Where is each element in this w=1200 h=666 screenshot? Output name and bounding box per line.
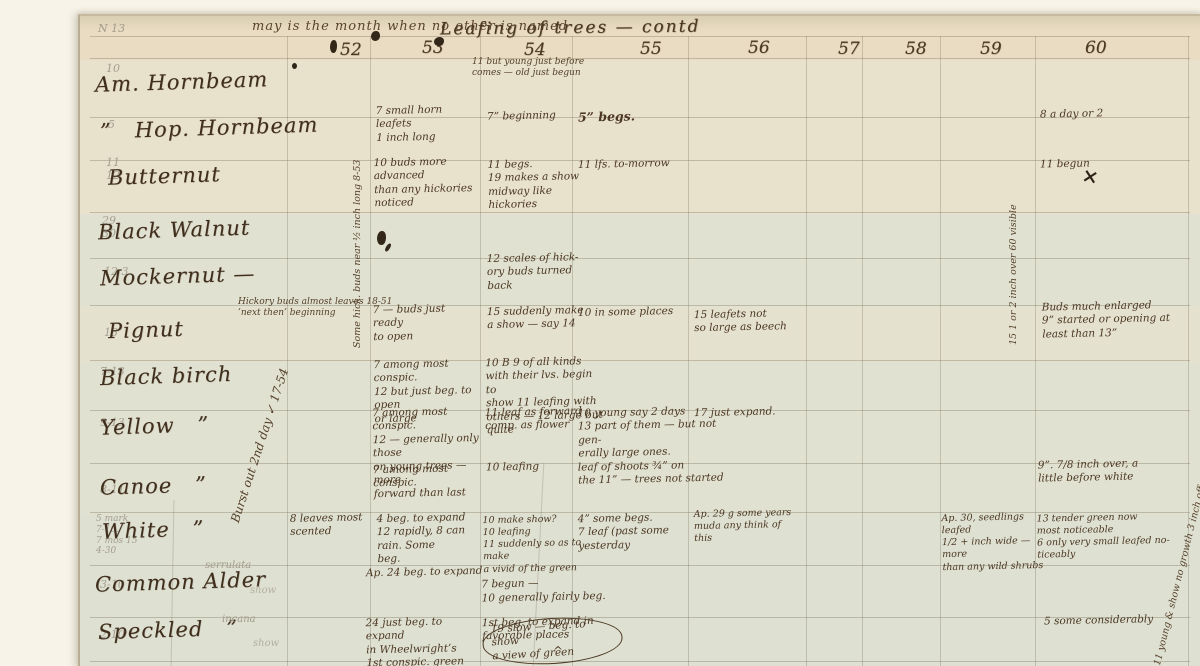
grid-line — [688, 36, 689, 666]
pencil-species-serrulata: serrulata — [205, 560, 251, 571]
hickory-note: Hickory buds almost leaves 18-51 ’next t… — [238, 297, 392, 320]
row-label-white-birch: White ” — [102, 518, 205, 542]
grid-line — [90, 212, 1190, 213]
cell-mockernut-54: 12 scales of hick- ory buds turned back — [487, 251, 588, 293]
page-title: Leafing of trees — contd — [440, 17, 701, 40]
cell-hop-54: 7” beginning — [487, 109, 556, 124]
cell-alder-54: 7 begun — 10 generally fairly beg. 19 sl… — [481, 563, 623, 666]
cell-canoebirch-54: 10 leafing — [486, 460, 539, 475]
cell-whitebirch-55: 4” some begs. 7 leaf (past some yesterda… — [578, 511, 693, 554]
grid-line — [1188, 36, 1189, 666]
cell-butternut-55: 11 lfs. to-morrow — [578, 157, 670, 172]
vertical-note-col60: 15 1 or 2 inch over 60 visible — [1008, 204, 1019, 345]
year-column-60: 60 — [1085, 38, 1107, 58]
ink-blot — [330, 40, 337, 53]
cell-pignut-53: 7 — buds just ready to open — [373, 302, 479, 345]
cell-canoebirch-60: 9”. 7/8 inch over, a little before white — [1038, 456, 1187, 486]
header-subnote: 11 but young just before comes — old jus… — [472, 57, 584, 80]
year-column-57: 57 — [838, 39, 860, 59]
cell-pignut-60: Buds much enlarged 9” started or opening… — [1042, 298, 1191, 341]
grid-line — [862, 36, 863, 666]
pencil-species-incana: incana — [222, 614, 256, 625]
caret-mark: ^ — [553, 644, 563, 658]
cell-hop-53: 7 small horn leafets 1 inch long — [376, 103, 477, 145]
ink-blot — [434, 37, 444, 46]
cell-yellowbirch-54: 11 leaf as forward comp. as flower — [485, 405, 586, 434]
cell-whitebirch-60: 13 tender green now most noticeable 6 on… — [1037, 510, 1193, 562]
cell-speckled-54: 1st beg. to expand in favorable places — [482, 615, 597, 644]
cell-alder-53: Ap. 24 beg. to expand — [366, 565, 484, 581]
cell-pignut-56: 15 leafets not so large as beech — [694, 307, 805, 336]
grid-line — [90, 258, 1190, 259]
grid-line — [90, 360, 1190, 361]
row-label-am-hornbeam: Am. Hornbeam — [95, 69, 269, 95]
cell-alder-54-line: 7 begun — 10 generally fairly beg. — [481, 576, 622, 606]
row-label-mockernut: Mockernut — — [100, 264, 256, 290]
ink-blot — [371, 31, 380, 41]
row-label-speckled-alder: Speckled ” — [98, 618, 239, 643]
year-column-52: 52 — [340, 40, 362, 60]
row-label-common-alder: Common Alder — [95, 569, 267, 595]
cell-hop-55: 5” begs. — [578, 108, 635, 125]
cell-speckled-53: 24 just beg. to expand in Wheelwright’s … — [365, 615, 484, 666]
ink-blot — [377, 231, 386, 245]
cell-butternut-53: 10 buds more advanced than any hickories… — [373, 155, 486, 211]
vertical-note-col53: Some hick. buds near ½ inch long 8-53 — [352, 160, 363, 348]
row-label-canoe-birch: Canoe ” — [100, 474, 208, 498]
cell-pignut-55: 10 in some places — [578, 305, 673, 320]
cell-whitebirch-53: 4 beg. to expand 12 rapidly, 8 can rain.… — [376, 511, 481, 567]
year-column-59: 59 — [980, 39, 1002, 59]
cell-canoebirch-55: leaf of shoots ¾” on the 11” — trees not… — [578, 458, 731, 488]
pencil-note-show: show — [250, 585, 276, 596]
year-column-58: 58 — [905, 39, 927, 59]
year-column-55: 55 — [640, 39, 662, 59]
cell-hop-60: 8 a day or 2 — [1040, 107, 1104, 122]
manuscript-page: N 13 may is the month when no other is n… — [0, 0, 1200, 666]
year-column-54: 54 — [524, 40, 546, 60]
page-number: N 13 — [98, 22, 125, 35]
ink-dot — [292, 63, 297, 69]
grid-line — [90, 661, 1190, 662]
grid-line — [940, 36, 941, 666]
pencil-note-show: show — [253, 638, 279, 649]
cell-canoebirch-53: 7 among most conspic. — [373, 462, 492, 491]
grid-line — [806, 36, 807, 666]
cell-pignut-54: 15 suddenly make a show — say 14 — [487, 304, 593, 333]
cell-whitebirch-52: 8 leaves most scented — [290, 511, 373, 540]
row-label-butternut: Butternut — [108, 164, 221, 189]
year-column-56: 56 — [748, 38, 770, 58]
row-label-yellow-birch: Yellow ” — [100, 414, 210, 438]
cell-whitebirch-56: Ap. 29 g some years muda any think of th… — [694, 507, 795, 546]
row-label-black-walnut: Black Walnut — [98, 218, 251, 244]
row-label-pignut: Pignut — [108, 319, 184, 342]
cell-yellowbirch-56: 17 just expand. — [694, 405, 804, 421]
row-label-black-birch: Black birch — [100, 364, 233, 389]
cell-butternut-54: 11 begs. 19 makes a show midway like hic… — [487, 157, 588, 213]
